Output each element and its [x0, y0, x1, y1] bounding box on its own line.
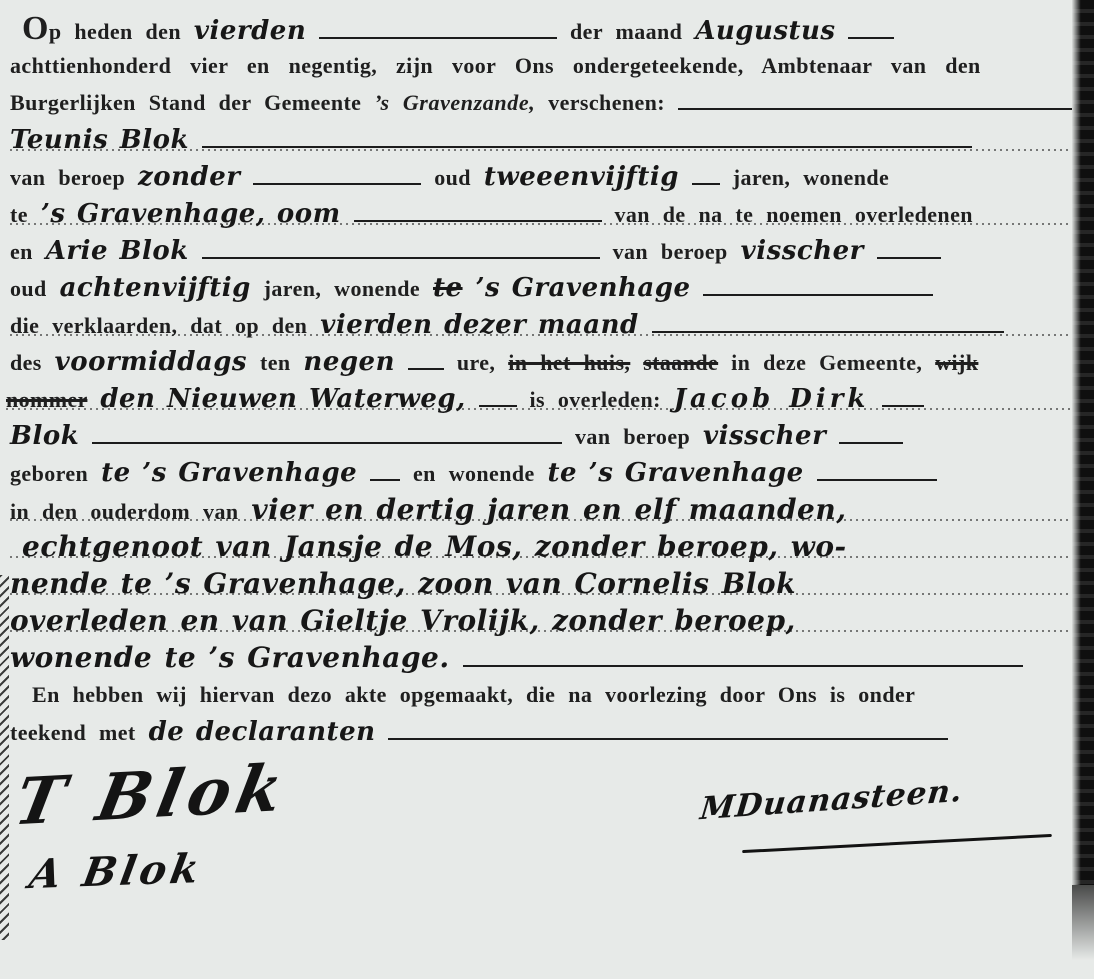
akte-line-3: Burgerlijken Stand der Gemeente ’s Grave…: [10, 86, 1094, 123]
printed-text: achttienhonderd vier en negentig, zijn v…: [10, 53, 981, 78]
death-certificate-document: Op heden den vierden der maand Augustus …: [0, 0, 1094, 752]
printed-text: geboren: [10, 461, 88, 486]
handwritten-entry-mother: overleden en van Gieltje Vrolijk, zonder…: [10, 604, 796, 637]
blank-line: [817, 479, 937, 481]
akte-line-20: teekend met de declaranten: [10, 715, 1094, 752]
akte-line-17: overleden en van Gieltje Vrolijk, zonder…: [10, 604, 1094, 641]
printed-text: en: [10, 239, 33, 264]
printed-text: En hebben wij hiervan dezo akte opgemaak…: [32, 682, 915, 707]
handwritten-entry-hour: negen: [303, 347, 395, 377]
printed-text: jaren, wonende: [733, 165, 889, 190]
handwritten-entry-day: vierden: [194, 16, 306, 46]
blank-line: [882, 405, 924, 407]
akte-line-16: nende te ’s Gravenhage, zoon van Corneli…: [10, 567, 1094, 604]
printed-text: des: [10, 350, 42, 375]
akte-line-10: des voormiddags ten negen ure, in het hu…: [10, 345, 1094, 382]
printed-text: Op heden den: [22, 12, 181, 49]
printed-text: teekend met: [10, 720, 136, 745]
printed-text: oud: [10, 276, 47, 301]
scan-edge-right-band: [1072, 0, 1094, 885]
handwritten-entry-woonplaats: ’s Gravenhage: [475, 273, 690, 303]
printed-text: Burgerlijken Stand der Gemeente: [10, 90, 361, 115]
handwritten-declarant-2-name: Arie Blok: [46, 236, 189, 266]
printed-text: van de na te noemen overledenen: [614, 202, 972, 227]
blank-line: [408, 368, 444, 370]
akte-line-9: die verklaarden, dat op den vierden deze…: [10, 308, 1094, 345]
akte-line-5: van beroep zonder oud tweeenvijftig jare…: [10, 160, 1094, 197]
handwritten-entry-month: Augustus: [695, 16, 835, 46]
blank-line: [877, 257, 941, 259]
handwritten-entry-age: achtenvijftig: [60, 273, 251, 303]
signature-declarant-2: A Blok: [26, 845, 207, 898]
blank-line: [692, 183, 720, 185]
blank-line: [92, 442, 562, 444]
handwritten-entry-birthplace: te ’s Gravenhage: [101, 458, 357, 488]
printed-text: van beroep: [10, 165, 125, 190]
printed-text: oud: [434, 165, 471, 190]
signature-registrar: MDuanasteen.: [698, 773, 964, 828]
printed-text: ten: [260, 350, 291, 375]
blank-line: [479, 405, 517, 407]
blank-line: [354, 220, 602, 222]
signature-declarant-1: T Blok: [9, 750, 295, 840]
akte-line-18: wonende te ’s Gravenhage.: [10, 641, 1094, 678]
akte-line-19: En hebben wij hiervan dezo akte opgemaak…: [10, 678, 1094, 715]
akte-line-15: echtgenoot van Jansje de Mos, zonder ber…: [10, 530, 1094, 567]
handwritten-entry-residence: wonende te ’s Gravenhage.: [10, 641, 450, 674]
akte-line-13: geboren te ’s Gravenhage en wonende te ’…: [10, 456, 1094, 493]
handwritten-entry-father: nende te ’s Gravenhage, zoon van Corneli…: [10, 567, 796, 600]
struck-printed-text: staande: [643, 350, 718, 375]
handwritten-entry-place-of-death: den Nieuwen Waterweg,: [100, 384, 465, 414]
handwritten-entry-age-at-death: vier en dertig jaren en elf maanden,: [251, 493, 846, 526]
printed-text: in den ouderdom van: [10, 499, 238, 524]
printed-text: in deze Gemeente,: [731, 350, 922, 375]
printed-text: die verklaarden, dat op den: [10, 313, 307, 338]
printed-text: der maand: [570, 19, 682, 44]
akte-line-4: Teunis Blok: [10, 123, 1094, 160]
handwritten-entry-date: vierden dezer maand: [320, 310, 638, 340]
handwritten-entry-residence: te ’s Gravenhage: [548, 458, 804, 488]
akte-line-12: Blok van beroep visscher: [10, 419, 1094, 456]
handwritten-entry-beroep: visscher: [741, 236, 864, 266]
akte-line-8: oud achtenvijftig jaren, wonende te ’s G…: [10, 271, 1094, 308]
signature-registrar-underline: [742, 834, 1052, 853]
blank-line: [202, 257, 600, 259]
akte-line-2: achttienhonderd vier en negentig, zijn v…: [10, 49, 1094, 86]
printed-text: is overleden:: [529, 387, 660, 412]
blank-line: [848, 37, 894, 39]
akte-line-14: in den ouderdom van vier en dertig jaren…: [10, 493, 1094, 530]
handwritten-entry-spouse: echtgenoot van Jansje de Mos, zonder ber…: [22, 530, 847, 563]
struck-handwritten-word: te: [433, 273, 463, 303]
handwritten-entry-signers: de declaranten: [149, 717, 376, 747]
printed-text: van beroep: [613, 239, 728, 264]
scan-edge-right-fade: [1072, 885, 1094, 979]
blank-line: [253, 183, 421, 185]
handwritten-entry-daypart: voormiddags: [55, 347, 247, 377]
blank-line: [703, 294, 933, 296]
blank-line: [388, 738, 948, 740]
blank-line: [652, 331, 1004, 333]
printed-text: verschenen:: [548, 90, 665, 115]
blank-line: [370, 479, 400, 481]
akte-line-7: en Arie Blok van beroep visscher: [10, 234, 1094, 271]
printed-text: en wonende: [413, 461, 535, 486]
akte-line-1: Op heden den vierden der maand Augustus: [10, 12, 1094, 49]
blank-line: [839, 442, 903, 444]
blank-line: [319, 37, 557, 39]
blank-line: [678, 108, 1094, 110]
handwritten-deceased-firstnames: Jacob Dirk: [674, 384, 870, 414]
printed-text: van beroep: [575, 424, 690, 449]
printed-text: te: [10, 202, 28, 227]
handwritten-deceased-surname: Blok: [10, 421, 79, 451]
akte-line-11: nommer den Nieuwen Waterweg, is overlede…: [6, 382, 1094, 419]
scan-edge-left-jagged: [0, 575, 9, 940]
handwritten-declarant-1-name: Teunis Blok: [10, 125, 189, 155]
handwritten-entry-age: tweeenvijftig: [484, 162, 679, 192]
struck-printed-text: nommer: [6, 387, 87, 412]
printed-text: ure,: [457, 350, 495, 375]
struck-printed-text: wijk: [935, 350, 978, 375]
handwritten-entry-beroep: visscher: [703, 421, 826, 451]
blank-line: [202, 146, 972, 148]
blank-line: [463, 665, 1023, 667]
akte-line-6: te ’s Gravenhage, oom van de na te noeme…: [10, 197, 1094, 234]
handwritten-entry-woonplaats: ’s Gravenhage, oom: [41, 199, 341, 229]
printed-text: jaren, wonende: [264, 276, 420, 301]
handwritten-entry-beroep: zonder: [138, 162, 240, 192]
gemeente-name: ’s Gravenzande,: [374, 90, 535, 115]
struck-printed-text: in het huis,: [508, 350, 630, 375]
